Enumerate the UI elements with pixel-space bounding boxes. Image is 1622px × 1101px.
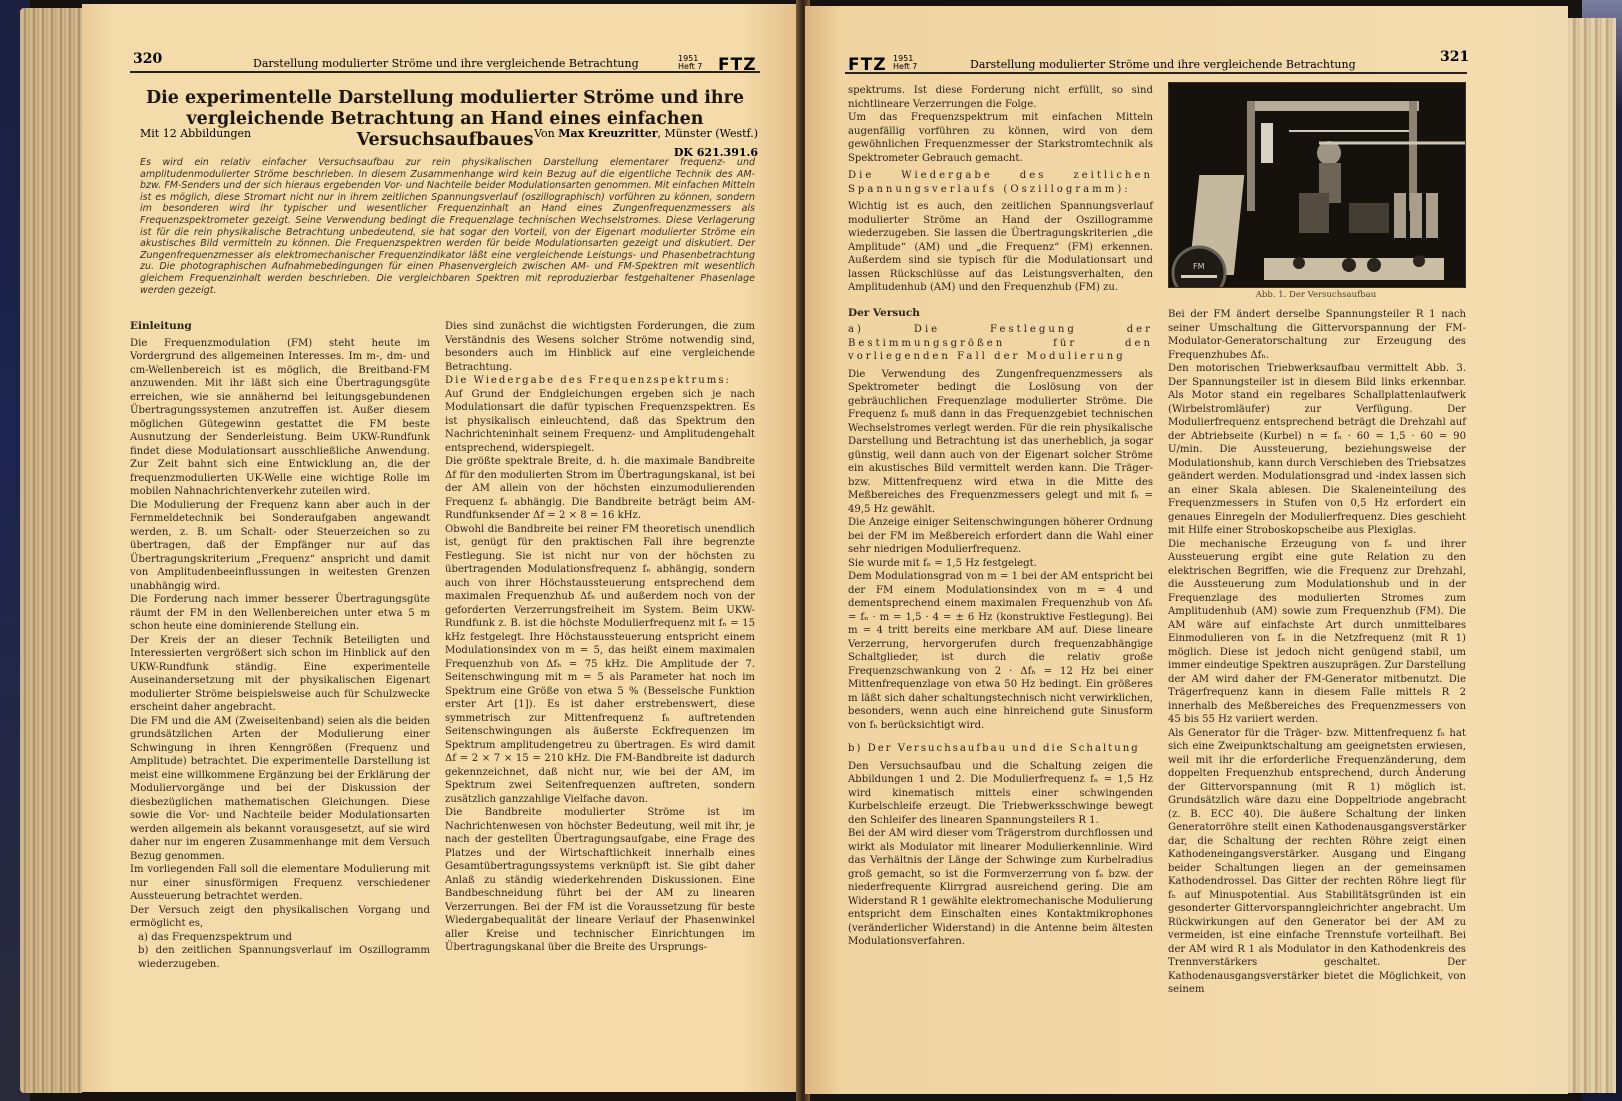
paragraph: Dem Modulationsgrad von m = 1 bei der AM… (848, 570, 1153, 732)
paragraph: Die Modulierung der Frequenz kann aber a… (130, 499, 430, 594)
article-meta: Mit 12 Abbildungen Von Max Kreuzritter, … (140, 127, 758, 140)
paragraph: Die Anzeige einiger Seitenschwingungen h… (848, 516, 1153, 557)
paragraph: Die mechanische Erzeugung von fₙ und ihr… (1168, 538, 1466, 727)
paragraph: Sie wurde mit fₙ = 1,5 Hz festgelegt. (848, 557, 1153, 571)
paragraph: Obwohl die Bandbreite bei reiner FM theo… (445, 523, 755, 807)
paragraph: Im vorliegenden Fall soll die elementare… (130, 863, 430, 904)
paragraph: Die Forderung nach immer besserer Übertr… (130, 593, 430, 634)
author-name: Max Kreuzritter (558, 127, 657, 140)
paragraph: Wichtig ist es auch, den zeitlichen Span… (848, 200, 1153, 295)
paragraph: Dies sind zunächst die wichtigsten Forde… (445, 320, 755, 374)
page-number: 320 (133, 51, 162, 67)
book-page-edges-right (1568, 18, 1616, 1093)
right-column-1: spektrums. Ist diese Forderung nicht erf… (848, 84, 1153, 949)
list-item: b) den zeitlichen Spannungsverlauf im Os… (130, 944, 430, 971)
page-number: 321 (1440, 49, 1469, 65)
left-column-2: Dies sind zunächst die wichtigsten Forde… (445, 320, 755, 955)
article-title: Die experimentelle Darstellung moduliert… (135, 88, 755, 151)
left-column-1: Einleitung Die Frequenzmodulation (FM) s… (130, 318, 430, 971)
paragraph: Den motorischen Triebwerksaufbau vermitt… (1168, 362, 1466, 538)
paragraph: Auf Grund der Endgleichungen ergeben sic… (445, 388, 755, 456)
right-column-2: Bei der FM ändert derselbe Spannungsteil… (1168, 308, 1466, 997)
list-item: a) das Frequenzspektrum und (130, 931, 430, 945)
book-page-edges-left (20, 8, 82, 1093)
issue-info: 1951Heft 7 (893, 55, 917, 71)
paragraph: Die FM und die AM (Zweiseitenband) seien… (130, 715, 430, 864)
issue-info: 1951Heft 7 (678, 55, 702, 71)
paragraph: spektrums. Ist diese Forderung nicht erf… (848, 84, 1153, 111)
section-heading: Der Versuch (848, 307, 1153, 321)
subheading: b) Der Versuchsaufbau und die Schaltung (848, 742, 1153, 756)
subheading: Die Wiedergabe des Frequenzspektrums: (445, 374, 755, 388)
paragraph: Der Versuch zeigt den physikalischen Vor… (130, 904, 430, 931)
author-location: , Münster (Westf.) (658, 127, 759, 140)
abstract: Es wird ein relativ einfacher Versuchsau… (140, 157, 755, 296)
header-rule (845, 72, 1467, 74)
figure-caption: Abb. 1. Der Versuchsaufbau (1168, 290, 1464, 300)
running-head-title: Darstellung modulierter Ströme und ihre … (970, 58, 1356, 71)
running-head-title: Darstellung modulierter Ströme und ihre … (253, 57, 639, 70)
paragraph: Bei der FM ändert derselbe Spannungsteil… (1168, 308, 1466, 362)
paragraph: Die größte spektrale Breite, d. h. die m… (445, 455, 755, 523)
paragraph: Den Versuchsaufbau und die Schaltung zei… (848, 760, 1153, 828)
paragraph: Die Verwendung des Zungenfrequenzmessers… (848, 368, 1153, 517)
header-rule (130, 71, 760, 73)
subheading: a) Die Festlegung der Bestimmungsgrößen … (848, 323, 1153, 364)
paragraph: Als Generator für die Träger- bzw. Mitte… (1168, 727, 1466, 997)
author-prefix: Von (534, 127, 555, 140)
issue: Heft 7 (893, 62, 917, 71)
paragraph: Bei der AM wird dieser vom Trägerstrom d… (848, 827, 1153, 949)
author-line: Von Max Kreuzritter, Münster (Westf.) (534, 127, 758, 140)
paragraph: Die Bandbreite modulierter Ströme ist im… (445, 806, 755, 955)
figure-photo-experimental-setup: FM (1168, 82, 1466, 288)
section-heading: Einleitung (130, 320, 430, 334)
subheading: Die Wiedergabe des zeitlichen Spannungsv… (848, 169, 1153, 196)
apparatus-photo-icon: FM (1169, 83, 1465, 287)
issue: Heft 7 (678, 62, 702, 71)
figures-note: Mit 12 Abbildungen (140, 127, 251, 140)
paragraph: Der Kreis der an dieser Technik Beteilig… (130, 634, 430, 715)
svg-text:FM: FM (1193, 262, 1205, 271)
paragraph: Die Frequenzmodulation (FM) steht heute … (130, 337, 430, 499)
paragraph: Um das Frequenzspektrum mit einfachen Mi… (848, 111, 1153, 165)
